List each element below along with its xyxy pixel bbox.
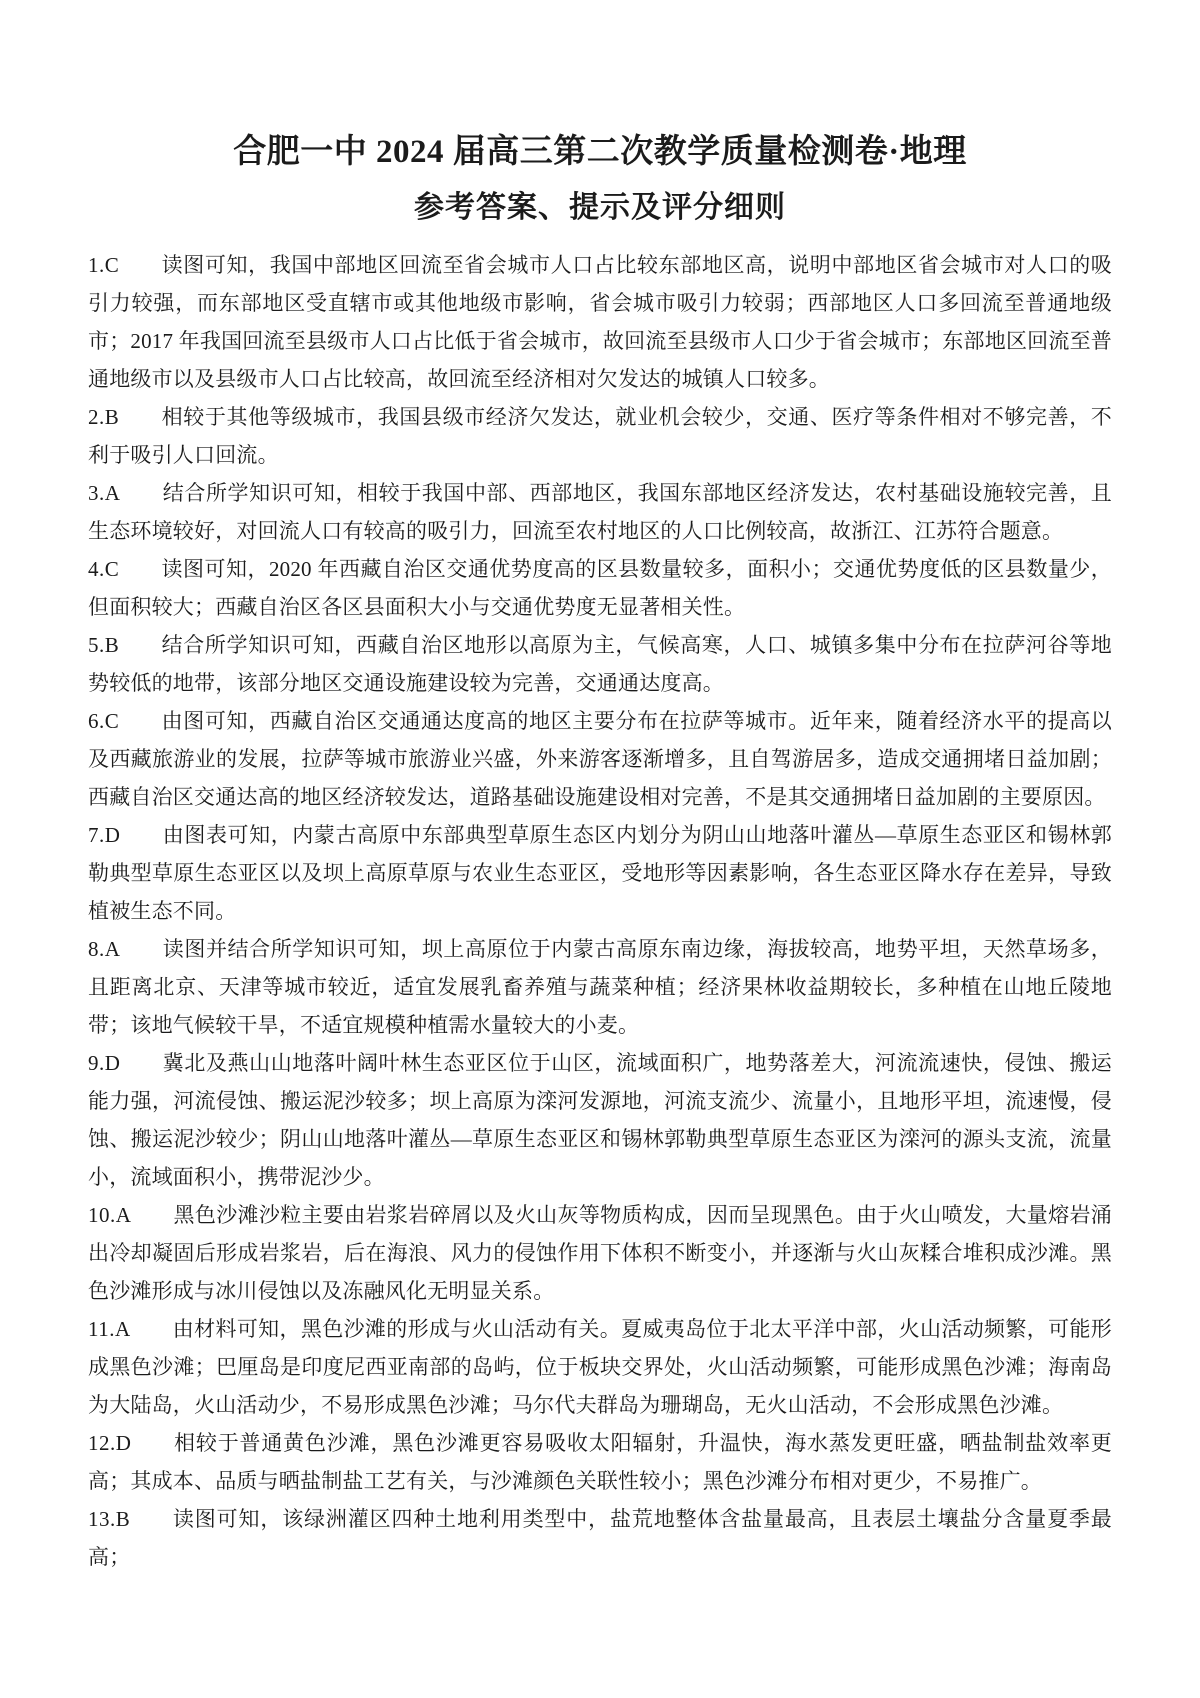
answer-number: 10.A	[88, 1203, 131, 1227]
answer-number: 9.D	[88, 1051, 120, 1075]
answer-number: 6.C	[88, 709, 119, 733]
answer-number: 4.C	[88, 557, 119, 581]
answer-number: 7.D	[88, 823, 120, 847]
answer-number: 11.A	[88, 1317, 131, 1341]
document-header: 合肥一中 2024 届高三第二次教学质量检测卷·地理 参考答案、提示及评分细则	[88, 0, 1112, 226]
answer-item: 6.C由图可知，西藏自治区交通通达度高的地区主要分布在拉萨等城市。近年来，随着经…	[88, 702, 1112, 816]
document-title: 合肥一中 2024 届高三第二次教学质量检测卷·地理	[88, 0, 1112, 172]
answer-item: 1.C读图可知，我国中部地区回流至省会城市人口占比较东部地区高，说明中部地区省会…	[88, 246, 1112, 398]
answer-text: 结合所学知识可知，西藏自治区地形以高原为主，气候高寒，人口、城镇多集中分布在拉萨…	[88, 633, 1112, 695]
answer-item: 10.A黑色沙滩沙粒主要由岩浆岩碎屑以及火山灰等物质构成，因而呈现黑色。由于火山…	[88, 1196, 1112, 1310]
answer-list: 1.C读图可知，我国中部地区回流至省会城市人口占比较东部地区高，说明中部地区省会…	[88, 246, 1112, 1576]
answer-text: 由图表可知，内蒙古高原中东部典型草原生态区内划分为阴山山地落叶灌丛—草原生态亚区…	[88, 823, 1112, 923]
answer-text: 冀北及燕山山地落叶阔叶林生态亚区位于山区，流域面积广，地势落差大，河流流速快，侵…	[88, 1051, 1112, 1189]
answer-number: 1.C	[88, 253, 119, 277]
answer-number: 12.D	[88, 1431, 131, 1455]
answer-text: 相较于其他等级城市，我国县级市经济欠发达，就业机会较少，交通、医疗等条件相对不够…	[88, 405, 1112, 467]
answer-item: 2.B相较于其他等级城市，我国县级市经济欠发达，就业机会较少，交通、医疗等条件相…	[88, 398, 1112, 474]
answer-item: 13.B读图可知，该绿洲灌区四种土地利用类型中，盐荒地整体含盐量最高，且表层土壤…	[88, 1500, 1112, 1576]
answer-item: 11.A由材料可知，黑色沙滩的形成与火山活动有关。夏威夷岛位于北太平洋中部，火山…	[88, 1310, 1112, 1424]
answer-text: 相较于普通黄色沙滩，黑色沙滩更容易吸收太阳辐射，升温快，海水蒸发更旺盛，晒盐制盐…	[88, 1431, 1112, 1493]
answer-text: 读图可知，我国中部地区回流至省会城市人口占比较东部地区高，说明中部地区省会城市对…	[88, 253, 1112, 391]
answer-text: 由图可知，西藏自治区交通通达度高的地区主要分布在拉萨等城市。近年来，随着经济水平…	[88, 709, 1112, 809]
answer-number: 3.A	[88, 481, 120, 505]
answer-number: 8.A	[88, 937, 120, 961]
document-page: 合肥一中 2024 届高三第二次教学质量检测卷·地理 参考答案、提示及评分细则 …	[0, 0, 1200, 1698]
answer-text: 结合所学知识可知，相较于我国中部、西部地区，我国东部地区经济发达，农村基础设施较…	[88, 481, 1112, 543]
answer-text: 读图并结合所学知识可知，坝上高原位于内蒙古高原东南边缘，海拔较高，地势平坦，天然…	[88, 937, 1112, 1037]
answer-text: 黑色沙滩沙粒主要由岩浆岩碎屑以及火山灰等物质构成，因而呈现黑色。由于火山喷发，大…	[88, 1203, 1112, 1303]
answer-number: 2.B	[88, 405, 119, 429]
answer-item: 12.D相较于普通黄色沙滩，黑色沙滩更容易吸收太阳辐射，升温快，海水蒸发更旺盛，…	[88, 1424, 1112, 1500]
answer-item: 5.B结合所学知识可知，西藏自治区地形以高原为主，气候高寒，人口、城镇多集中分布…	[88, 626, 1112, 702]
answer-number: 13.B	[88, 1507, 130, 1531]
answer-text: 由材料可知，黑色沙滩的形成与火山活动有关。夏威夷岛位于北太平洋中部，火山活动频繁…	[88, 1317, 1112, 1417]
answer-item: 9.D冀北及燕山山地落叶阔叶林生态亚区位于山区，流域面积广，地势落差大，河流流速…	[88, 1044, 1112, 1196]
answer-number: 5.B	[88, 633, 119, 657]
answer-item: 3.A结合所学知识可知，相较于我国中部、西部地区，我国东部地区经济发达，农村基础…	[88, 474, 1112, 550]
answer-text: 读图可知，2020 年西藏自治区交通优势度高的区县数量较多，面积小；交通优势度低…	[88, 557, 1112, 619]
answer-text: 读图可知，该绿洲灌区四种土地利用类型中，盐荒地整体含盐量最高，且表层土壤盐分含量…	[88, 1507, 1112, 1569]
document-subtitle: 参考答案、提示及评分细则	[88, 172, 1112, 226]
answer-item: 8.A读图并结合所学知识可知，坝上高原位于内蒙古高原东南边缘，海拔较高，地势平坦…	[88, 930, 1112, 1044]
answer-item: 7.D由图表可知，内蒙古高原中东部典型草原生态区内划分为阴山山地落叶灌丛—草原生…	[88, 816, 1112, 930]
answer-item: 4.C读图可知，2020 年西藏自治区交通优势度高的区县数量较多，面积小；交通优…	[88, 550, 1112, 626]
